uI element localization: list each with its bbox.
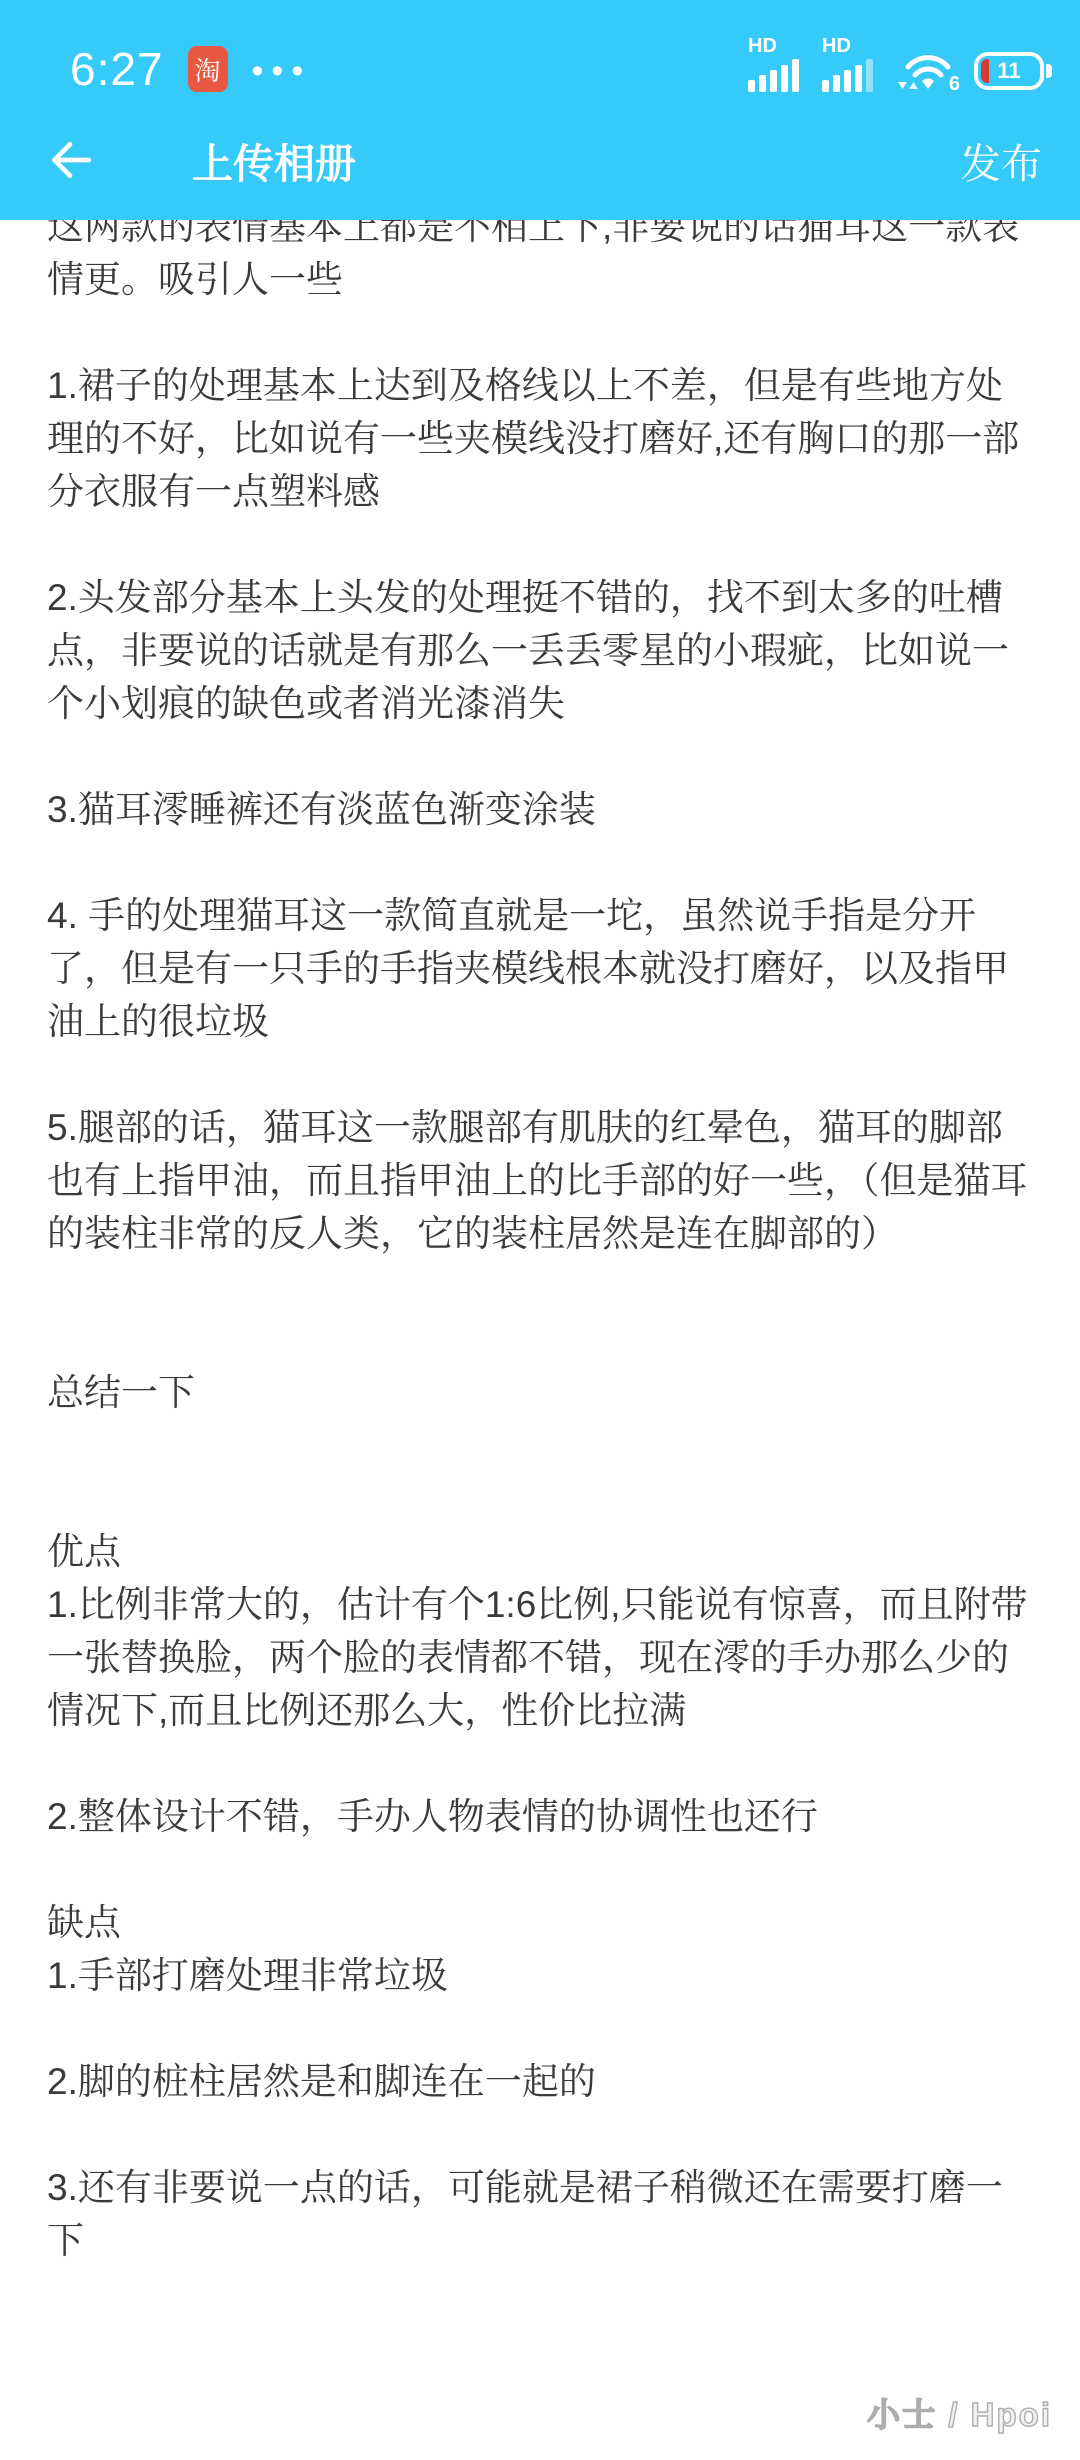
wifi-arcs <box>896 44 952 94</box>
wifi-icon: 6 <box>896 36 958 94</box>
taobao-notification-icon: 淘 <box>188 46 228 92</box>
watermark: 小士 / Hpoi <box>867 2398 1052 2431</box>
publish-button[interactable]: 发布 <box>960 131 1042 190</box>
status-bar: 6:27 淘 ••• HD HD <box>0 0 1080 100</box>
hd-voice-label: HD <box>748 36 777 56</box>
post-body-editor[interactable]: 这两款的表情基本上都是不相上下,非要说的话猫耳这一款表情更。吸引人一些 1.裙子… <box>47 200 1033 2267</box>
cellular-signal-sim2-icon: HD <box>822 36 880 94</box>
battery-percent-label: 11 <box>978 56 1040 86</box>
wifi-6-label: 6 <box>949 74 960 94</box>
battery-icon: 11 <box>974 52 1044 90</box>
app-header: 6:27 淘 ••• HD HD <box>0 0 1080 220</box>
screen: 6:27 淘 ••• HD HD <box>0 0 1080 2460</box>
page-title: 上传相册 <box>192 131 356 190</box>
nav-bar: 上传相册 发布 <box>0 100 1080 220</box>
status-bar-left: 6:27 淘 ••• <box>70 46 311 92</box>
cellular-signal-sim1-icon: HD <box>748 36 806 94</box>
status-bar-right: HD HD 6 <box>748 36 1044 94</box>
back-arrow-icon <box>47 137 93 183</box>
back-button[interactable] <box>46 136 94 184</box>
more-notifications-icon: ••• <box>252 54 312 88</box>
hd-voice-label: HD <box>822 36 851 56</box>
signal-bars <box>748 59 799 92</box>
signal-bars <box>822 59 873 92</box>
clock: 6:27 <box>70 46 164 92</box>
